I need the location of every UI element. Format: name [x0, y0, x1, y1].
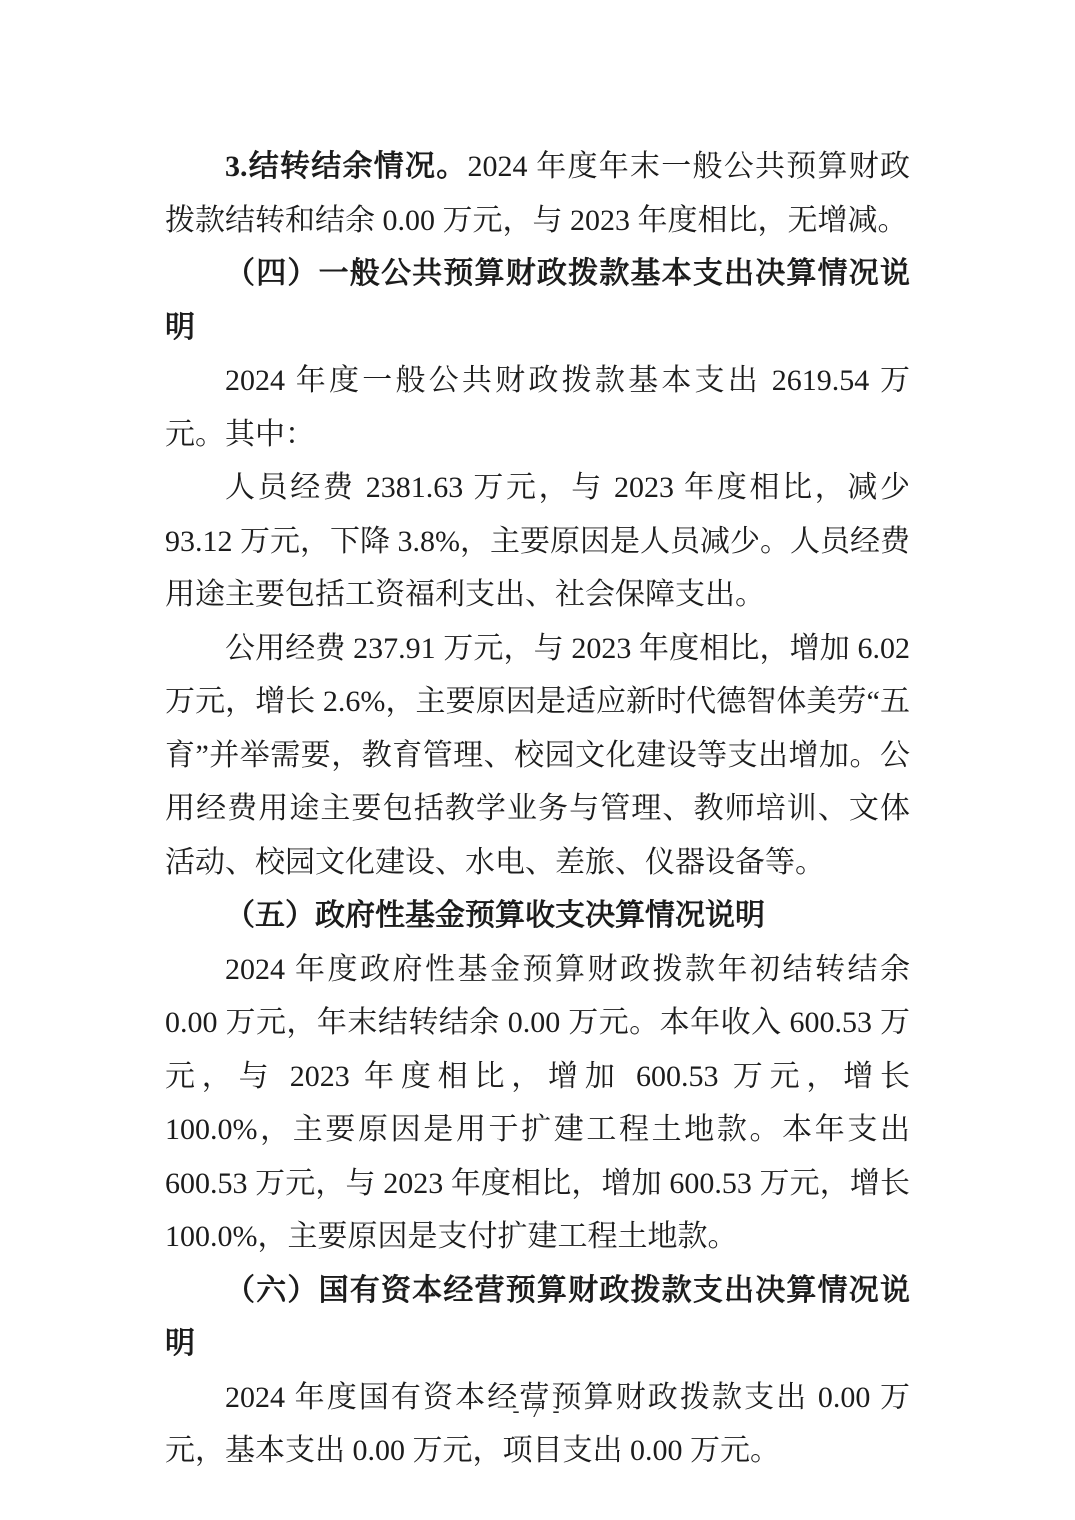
section-heading: （六）国有资本经营预算财政拨款支出决算情况说明 [165, 1264, 910, 1371]
text-run: 2024 年度政府性基金预算财政拨款年初结转结余 0.00 万元，年末结转结余 … [165, 953, 910, 1254]
text-run: 公用经费 237.91 万元，与 2023 年度相比，增加 6.02 万元，增长… [165, 632, 910, 879]
text-run: 3.结转结余情况。 [225, 150, 468, 183]
text-run: 2024 年度国有资本经营预算财政拨款支出 0.00 万元，基本支出 0.00 … [165, 1381, 910, 1468]
paragraph: 2024 年度一般公共财政拨款基本支出 2619.54 万元。其中： [165, 354, 910, 461]
document-body: 3.结转结余情况。2024 年度年末一般公共预算财政拨款结转和结余 0.00 万… [165, 140, 910, 1478]
text-run: （五）政府性基金预算收支决算情况说明 [225, 899, 765, 932]
page-number: - 7 - [513, 1398, 563, 1422]
page-footer: - 7 - [0, 1398, 1075, 1423]
paragraph: 2024 年度政府性基金预算财政拨款年初结转结余 0.00 万元，年末结转结余 … [165, 943, 910, 1264]
paragraph: 公用经费 237.91 万元，与 2023 年度相比，增加 6.02 万元，增长… [165, 622, 910, 890]
text-run: （六）国有资本经营预算财政拨款支出决算情况说明 [165, 1274, 910, 1361]
paragraph: 3.结转结余情况。2024 年度年末一般公共预算财政拨款结转和结余 0.00 万… [165, 140, 910, 247]
section-heading: （五）政府性基金预算收支决算情况说明 [165, 889, 910, 943]
document-page: 3.结转结余情况。2024 年度年末一般公共预算财政拨款结转和结余 0.00 万… [0, 0, 1075, 1520]
section-heading: （四）一般公共预算财政拨款基本支出决算情况说明 [165, 247, 910, 354]
paragraph: 2024 年度国有资本经营预算财政拨款支出 0.00 万元，基本支出 0.00 … [165, 1371, 910, 1478]
text-run: 2024 年度一般公共财政拨款基本支出 2619.54 万元。其中： [165, 364, 910, 451]
paragraph: 人员经费 2381.63 万元，与 2023 年度相比，减少 93.12 万元，… [165, 461, 910, 622]
text-run: （四）一般公共预算财政拨款基本支出决算情况说明 [165, 257, 910, 344]
text-run: 人员经费 2381.63 万元，与 2023 年度相比，减少 93.12 万元，… [165, 471, 910, 611]
